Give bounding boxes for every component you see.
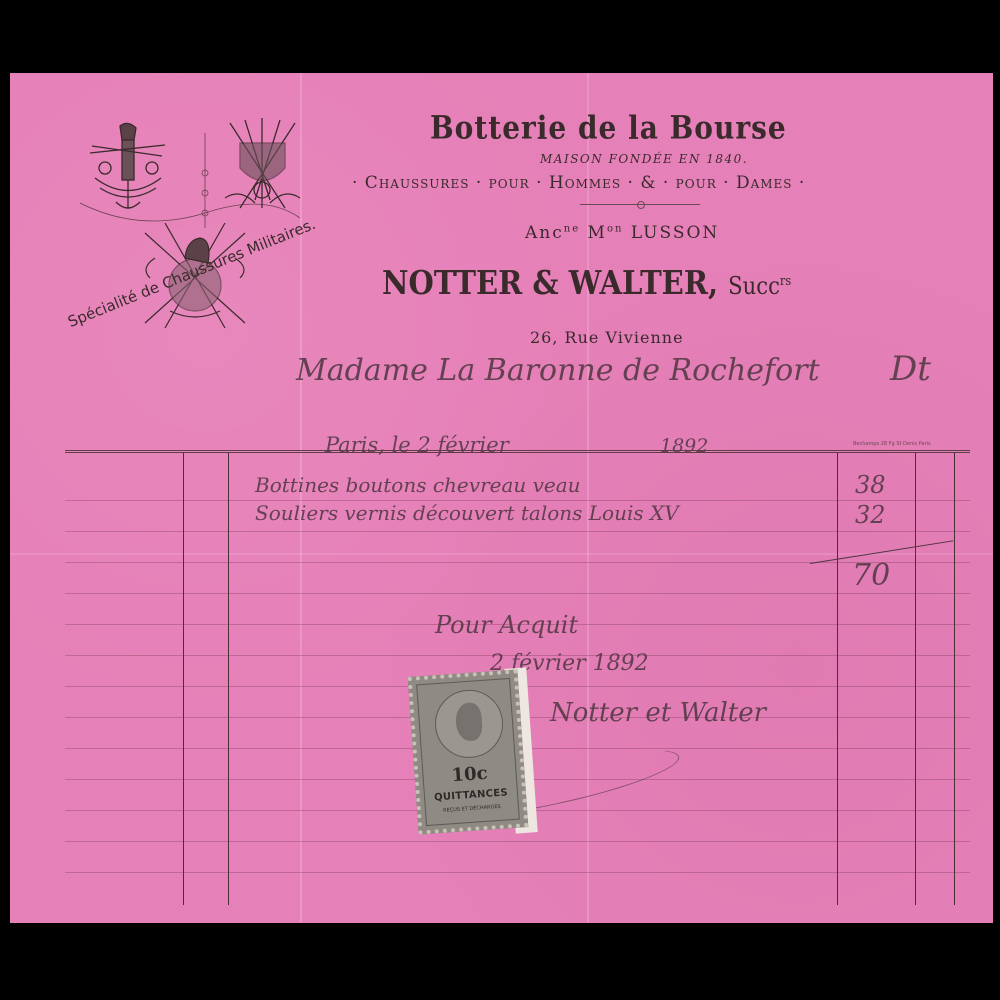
- stamp-frame: 10c QUITTANCES REÇUS ET DÉCHARGES: [416, 678, 520, 826]
- fold-crease: [10, 553, 993, 555]
- column-rule: [183, 453, 184, 905]
- former-sup: ne: [564, 223, 580, 234]
- stamp-sublabel: REÇUS ET DÉCHARGES: [426, 803, 518, 815]
- former-name: LUSSON: [631, 223, 720, 243]
- founded-text: MAISON FONDÉE EN 1840.: [540, 152, 748, 166]
- column-rule: [228, 453, 229, 905]
- firm-name: NOTTER & WALTER,: [382, 263, 718, 302]
- successors-label: Succrs: [728, 272, 791, 300]
- divider-ornament-dot: [637, 201, 645, 209]
- invoice-total: 70: [852, 558, 890, 593]
- line-item-amount: 38: [855, 471, 886, 499]
- former-sup: on: [607, 223, 623, 234]
- paid-text: Pour Acquit: [435, 611, 578, 639]
- stamp-value: 10c: [423, 761, 516, 788]
- line-item-description: Souliers vernis découvert talons Louis X…: [255, 501, 679, 525]
- line-item-description: Bottines boutons chevreau veau: [255, 473, 581, 497]
- specialty-text: · Chaussures · pour · Hommes · & · pour …: [352, 173, 805, 193]
- place-date: Paris, le 2 février: [325, 433, 509, 457]
- ruled-line: [65, 593, 970, 594]
- column-rule: [954, 453, 955, 905]
- marianne-medallion-icon: [433, 688, 506, 761]
- line-item-amount: 32: [855, 501, 886, 529]
- column-rule: [915, 453, 916, 905]
- printer-credit: Bechamps 28 Fg St Denis Paris: [853, 441, 931, 447]
- debit-mark: Dt: [890, 349, 931, 389]
- former-prefix: Anc: [525, 223, 564, 243]
- column-rule: [837, 453, 838, 905]
- customer-name: Madame La Baronne de Rochefort: [296, 353, 820, 388]
- invoice-paper: Spécialité de Chaussures Militaires. Bot…: [10, 73, 993, 923]
- successors-text: Succ: [728, 272, 780, 300]
- marianne-head-icon: [455, 702, 484, 742]
- ruled-line: [65, 562, 970, 563]
- former-owner-text: Ancne Mon LUSSON: [525, 223, 719, 243]
- ruled-line: [65, 531, 970, 532]
- firm-name-text: NOTTER & WALTER, Succrs: [382, 263, 791, 302]
- ruled-line: [65, 841, 970, 842]
- shop-name: Botterie de la Bourse: [430, 109, 787, 147]
- stamp-label: QUITTANCES: [425, 787, 518, 804]
- successors-sup: rs: [780, 274, 791, 289]
- address-text: 26, Rue Vivienne: [530, 328, 684, 347]
- signature: Notter et Walter: [550, 698, 766, 728]
- revenue-stamp: 10c QUITTANCES REÇUS ET DÉCHARGES: [408, 669, 529, 834]
- former-mid: M: [588, 223, 607, 243]
- header-rule: [65, 450, 970, 453]
- invoice-year: 1892: [660, 435, 708, 457]
- ruled-line: [65, 872, 970, 873]
